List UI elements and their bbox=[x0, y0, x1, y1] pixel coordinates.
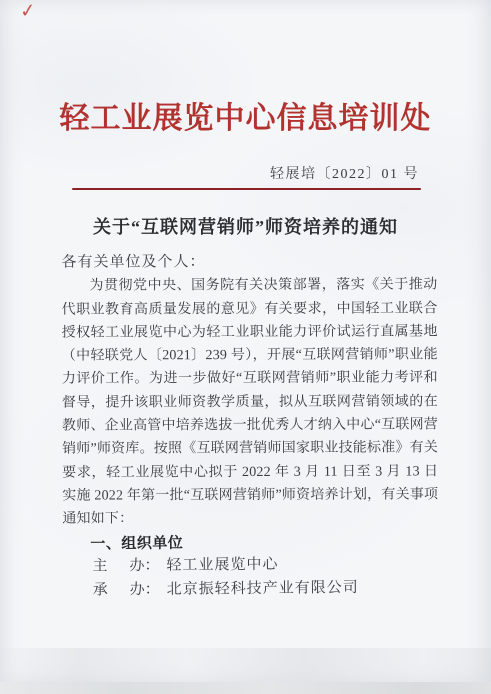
notice-body: 各有关单位及个人： 为贯彻党中央、国务院有关决策部署，落实《关于推动现代职业教育… bbox=[61, 250, 438, 601]
red-check-icon: ✓ bbox=[19, 0, 37, 23]
body-line: 代职业教育高质量发展的意见》有关要求，中国轻工业联合会 bbox=[62, 297, 438, 322]
organizer-value: 轻工业展览中心 bbox=[166, 557, 278, 574]
organizer-row: 承办：北京振轻科技产业有限公司 bbox=[63, 575, 439, 602]
body-line: （中轻联党人〔2021〕239 号），开展“互联网营销师”职业能 bbox=[62, 344, 438, 369]
organizer-role: 主办： bbox=[92, 555, 159, 579]
notice-title: 关于“互联网营销师”师资培养的通知 bbox=[0, 213, 491, 239]
body-line: 教师、企业高管中培养选拔一批优秀人才纳入中心“互联网营 bbox=[62, 413, 438, 438]
section-heading: 一、组织单位 bbox=[62, 529, 438, 556]
organizer-value: 北京振轻科技产业有限公司 bbox=[167, 579, 359, 597]
body-line: 销师”师资库。按照《互联网营销师国家职业技能标准》有关 bbox=[62, 437, 438, 462]
letterhead-title: 轻工业展览中心信息培训处 bbox=[0, 93, 491, 137]
salutation: 各有关单位及个人： bbox=[61, 250, 437, 275]
organizer-section: 一、组织单位 主办：轻工业展览中心承办：北京振轻科技产业有限公司 bbox=[62, 529, 439, 602]
body-line: 通知如下： bbox=[62, 507, 438, 532]
body-paragraph: 为贯彻党中央、国务院有关决策部署，落实《关于推动现代职业教育高质量发展的意见》有… bbox=[61, 274, 438, 532]
scan-shadow-band bbox=[0, 648, 491, 682]
letterhead-rule bbox=[72, 188, 421, 190]
organizer-row: 主办：轻工业展览中心 bbox=[62, 552, 438, 579]
body-line: 要求，轻工业展览中心拟于 2022 年 3 月 11 日至 3 月 13 日组织 bbox=[62, 460, 438, 485]
body-line: 为贯彻党中央、国务院有关决策部署，落实《关于推动现 bbox=[61, 274, 437, 299]
document-number: 轻展培〔2022〕01 号 bbox=[270, 163, 419, 183]
body-line: 实施 2022 年第一批“互联网营销师”师资培养计划，有关事项 bbox=[62, 483, 438, 508]
body-line: 力评价工作。为进一步做好“互联网营销师”职业能力考评和 bbox=[62, 367, 438, 392]
organizer-list: 主办：轻工业展览中心承办：北京振轻科技产业有限公司 bbox=[62, 552, 438, 602]
document-page: ✓ 轻工业展览中心信息培训处 轻展培〔2022〕01 号 关于“互联网营销师”师… bbox=[0, 0, 491, 694]
organizer-role: 承办： bbox=[93, 578, 160, 602]
body-line: 授权轻工业展览中心为轻工业职业能力评价试运行直属基地 bbox=[62, 320, 438, 345]
scan-bottom-edge bbox=[0, 682, 491, 694]
body-line: 督导，提升该职业师资教学质量，拟从互联网营销领域的在职 bbox=[62, 390, 438, 415]
